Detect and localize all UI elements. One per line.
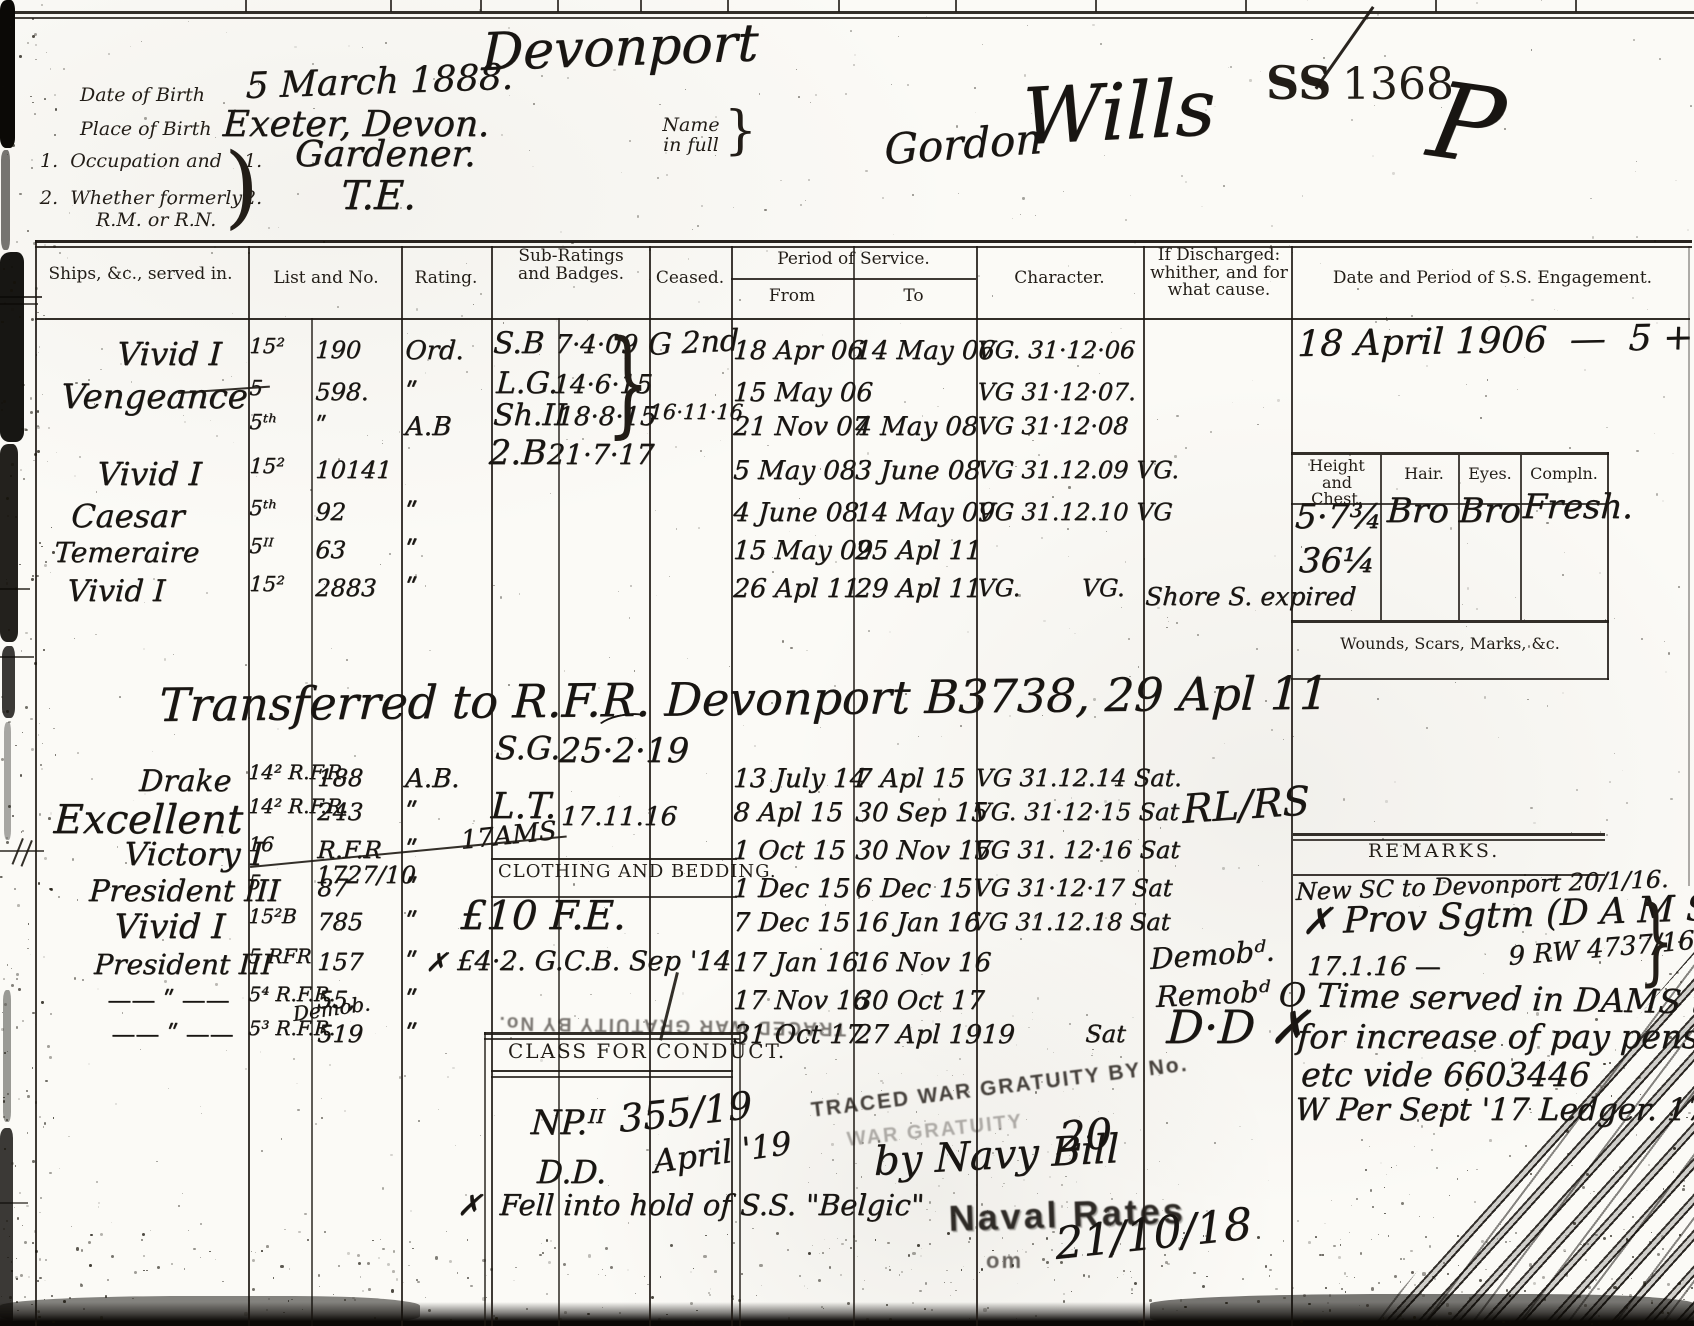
rule-line xyxy=(491,1076,733,1078)
desc-header-hair: Hair. xyxy=(1392,466,1456,483)
b1-r3-character: VG 31·12·08 xyxy=(977,414,1129,439)
rule-line xyxy=(1607,452,1609,680)
name-label: Name in full xyxy=(660,116,722,156)
rule-line xyxy=(484,1038,740,1040)
b2-r4-to: 6 Dec 15 xyxy=(855,876,973,903)
b1-r5-ship: Caesar xyxy=(70,500,185,533)
field-value-formerly: T.E. xyxy=(340,176,418,218)
b2-r5-ship: Vivid I xyxy=(113,910,226,945)
field-label-formerly-2: R.M. or R.N. xyxy=(96,211,216,231)
rule-line xyxy=(1435,0,1437,12)
col-header-from: From xyxy=(733,288,851,306)
rule-line xyxy=(727,0,729,12)
b2-r8-from: 31 Oct 17 xyxy=(733,1022,863,1049)
b1-r5-no: 92 xyxy=(315,500,347,525)
ceased-value-date: 16·11·16 xyxy=(649,402,744,424)
b2-r2-rating: ʺ xyxy=(405,800,418,827)
b2-r3-ship: Victory I xyxy=(123,838,264,871)
rule-line xyxy=(35,240,37,1326)
b1-r7-to: 29 Apl 11 xyxy=(855,576,983,603)
b1-r4-from: 5 May 08 xyxy=(733,458,857,485)
col-header-sub-ratings: Sub-Ratings and Badges. xyxy=(505,248,637,283)
b2-r6-rating: ʺ ✗ xyxy=(405,950,448,977)
rule-line xyxy=(649,246,651,1326)
desc-header-compln: Compln. xyxy=(1522,466,1606,483)
rule-line xyxy=(35,318,1690,320)
rule-line xyxy=(245,0,247,12)
b1-r3-rating: A.B xyxy=(405,414,453,441)
badge6-date: 17.11.16 xyxy=(561,804,678,831)
scanned-service-record: DevonportDate of Birth5 March 1888.Place… xyxy=(0,0,1694,1326)
b1-r3-list: 5ᵗʰ xyxy=(249,412,278,434)
b1-r6-rating: ʺ xyxy=(405,538,418,565)
transfer-note: Transferred to R.F.R. Devonport B3738, 2… xyxy=(158,670,1330,730)
rule-line xyxy=(1143,246,1145,1326)
col-header-rating: Rating. xyxy=(403,270,489,288)
rule-line xyxy=(739,1032,741,1326)
badge5-date: 25·2·19 xyxy=(558,734,690,769)
port-title: Devonport xyxy=(481,16,759,80)
b2-r7-from: 17 Nov 16 xyxy=(733,988,870,1015)
stamp-traced-war-gratuity: TRACED WAR GRATUITY BY No. xyxy=(810,1054,1190,1122)
clothing-value-1: £10 F.E. xyxy=(460,896,627,938)
b2-r7-ship: —— ʺ —— xyxy=(107,988,231,1013)
b1-r6-to: 25 Apl 11 xyxy=(855,538,983,565)
conduct-dd: D.D. xyxy=(536,1156,607,1189)
field-label-formerly: 2. Whether formerly xyxy=(40,189,242,209)
col-header-to: To xyxy=(853,288,974,306)
rule-line xyxy=(853,246,855,1326)
b2-r5-from: 7 Dec 15 xyxy=(733,910,851,937)
b1-r6-no: 63 xyxy=(315,538,347,563)
b1-r7-rating: ʺ xyxy=(405,576,418,603)
rule-line xyxy=(390,0,392,12)
col-header-discharged: If Discharged: whither, and for what cau… xyxy=(1150,247,1288,300)
rule-line xyxy=(976,246,978,1326)
b2-r7-to: 30 Oct 17 xyxy=(855,988,985,1015)
b1-r5-list: 5ᵗʰ xyxy=(249,498,278,520)
desc-value-complexion: Fresh. xyxy=(1522,490,1634,525)
b2-r3-to: 30 Nov 15 xyxy=(855,838,992,865)
b2-r6-list: 5 RFR xyxy=(248,946,312,967)
scan-ink-mark xyxy=(0,0,15,148)
rule-line xyxy=(1575,0,1577,12)
b1-r3-no: ʺ xyxy=(315,414,327,439)
b1-r4-character: VG 31.12.09 VG. xyxy=(977,458,1180,483)
remarks-line-6: for increase of pay pension xyxy=(1296,1020,1694,1054)
rule-line xyxy=(1293,833,1605,836)
remarks-line-8: W Per Sept '17 Ledger. 17 xyxy=(1294,1094,1694,1126)
badge7-name: 17AMS xyxy=(460,818,557,855)
b1-r2-character: VG 31·12·07. xyxy=(977,380,1137,405)
engagement-value: 18 April 1906 — 5 + 7 yrs. xyxy=(1297,317,1694,363)
remarks-title: REMARKS. xyxy=(1368,842,1500,862)
b1-r4-to: 3 June 08 xyxy=(855,458,982,485)
col-header-ships: Ships, &c., served in. xyxy=(48,266,233,284)
b2-r1-rating: A.B. xyxy=(405,766,461,793)
rule-line xyxy=(484,1032,740,1035)
b2-r5-list: 15²B xyxy=(248,906,297,927)
rule-line xyxy=(1293,874,1605,876)
b1-r3-to: 4 May 08 xyxy=(855,414,979,441)
remarks-brace: } xyxy=(1638,892,1674,991)
col-header-character: Character. xyxy=(978,270,1141,288)
b2-r6-from: 17 Jan 16 xyxy=(733,950,860,977)
col-header-ceased: Ceased. xyxy=(650,270,730,288)
conduct-np: NP.ᴵᴵ xyxy=(530,1106,605,1141)
b1-r7-ship: Vivid I xyxy=(66,576,166,607)
col-header-list-no: List and No. xyxy=(258,270,394,288)
note-by-navy-bill: by Navy Bill xyxy=(874,1129,1119,1183)
b1-r5-rating: ʺ xyxy=(405,500,418,527)
rule-line xyxy=(1291,620,1609,623)
b1-r5-from: 4 June 08 xyxy=(733,500,860,527)
b2-r6-no: 157 xyxy=(317,950,364,975)
b1-r7-from: 26 Apl 11 xyxy=(733,576,861,603)
b1-r2-list: 5 xyxy=(249,378,264,400)
rule-line xyxy=(0,17,1694,19)
b2-r3-from: 1 Oct 15 xyxy=(733,838,847,865)
rule-line xyxy=(491,246,493,1326)
badge4-name: 2.B xyxy=(488,436,547,471)
rule-line xyxy=(35,246,1692,248)
rule-line xyxy=(484,1032,486,1326)
desc-header-eyes: Eyes. xyxy=(1462,466,1518,483)
serial-ss: SS xyxy=(1266,60,1331,108)
clothing-value-2: £4·2. G.C.B. Sep '14 xyxy=(457,948,732,976)
b2-r1-to: 7 Apl 15 xyxy=(855,766,966,793)
rule-line xyxy=(21,840,33,867)
b1-r2-no: 598. xyxy=(315,380,370,405)
wounds-title: Wounds, Scars, Marks, &c. xyxy=(1300,636,1600,653)
b1-r7-no: 2883 xyxy=(315,576,377,601)
field-value-occupation: Gardener. xyxy=(294,136,477,173)
scan-ink-mark xyxy=(2,646,15,718)
b1-r4-ship: Vivid I xyxy=(96,458,202,491)
fields-brace: ) xyxy=(224,140,259,234)
rule-line xyxy=(1688,246,1690,886)
desc-value-hair: Bro xyxy=(1386,494,1450,529)
rule-line xyxy=(0,850,44,852)
rule-line xyxy=(1291,246,1293,1326)
scan-ink-mark xyxy=(0,252,24,442)
b2-r6-to: 16 Nov 16 xyxy=(855,950,992,977)
b2-r2-character: VG. 31·12·15 Sat xyxy=(973,800,1180,825)
field-label-place-of-birth: Place of Birth xyxy=(80,120,212,140)
b2-r4-rating: ʺ xyxy=(405,876,418,903)
conduct-note: ✗ Fell into hold of S.S. "Belgic" xyxy=(456,1190,925,1220)
name-brace: } xyxy=(724,104,757,158)
b2-r1-ship: Drake xyxy=(138,766,232,797)
desc-value-height: 5·7¾ xyxy=(1294,500,1383,535)
b2-r5-character: VG 31.12.18 Sat xyxy=(971,910,1171,935)
b2-r1-from: 13 July 14 xyxy=(733,766,867,793)
col-header-engagement: Date and Period of S.S. Engagement. xyxy=(1295,270,1690,288)
rule-line xyxy=(640,0,642,12)
rule-line xyxy=(1380,455,1382,620)
b2-r8-to: 27 Apl 1919 xyxy=(855,1022,1016,1049)
rule-line xyxy=(1291,452,1609,455)
rule-line xyxy=(491,1070,733,1072)
rule-line xyxy=(0,11,1694,14)
b2-r2-no: 243 xyxy=(317,800,364,825)
rule-line xyxy=(401,246,403,1326)
stamp-naval-rates-frag: om xyxy=(986,1250,1023,1273)
b1-r2-ship: Vengeance xyxy=(60,380,249,415)
b1-r1-no: 190 xyxy=(315,338,362,363)
b2-r7-rating: ʺ xyxy=(405,988,418,1015)
b2-r6-ship: President III xyxy=(93,950,273,979)
ceased-value-top: G 2nd xyxy=(648,325,739,361)
scan-ink-mark xyxy=(0,444,18,642)
rule-line xyxy=(491,858,737,860)
discharge-demob: Demobᵈ. xyxy=(1150,935,1275,974)
scan-ink-mark xyxy=(4,722,11,840)
b2-r5-rating: ʺ xyxy=(405,910,418,937)
b1-r1-to: 14 May 06 xyxy=(855,338,996,365)
badge1-name: S.B xyxy=(492,328,545,359)
b2-r1-no: 188 xyxy=(317,766,364,791)
rule-line xyxy=(1291,503,1609,505)
b2-r2-to: 30 Sep 15 xyxy=(855,800,989,827)
field-label-occupation: 1. Occupation and xyxy=(40,152,222,172)
b1-r1-ship: Vivid I xyxy=(116,338,222,371)
rule-line xyxy=(1245,0,1247,12)
b1-r5-to: 14 May 09 xyxy=(855,500,996,527)
rule-line xyxy=(1458,455,1460,620)
rule-line xyxy=(1520,455,1522,620)
b1-r6-list: 5ᴵᴵ xyxy=(249,536,274,558)
name-value-first: Gordon xyxy=(884,117,1043,172)
rule-line xyxy=(1095,0,1097,12)
b1-r1-from: 18 Apr 06 xyxy=(733,338,865,365)
b2-r3-list: 16 xyxy=(248,834,275,855)
rule-line xyxy=(557,0,559,12)
rule-line xyxy=(955,0,957,12)
b2-r8-character: Sat xyxy=(1085,1022,1127,1047)
b1-r7-character: VG. VG. xyxy=(977,576,1126,601)
desc-value-eyes: Bro xyxy=(1458,494,1522,529)
b2-r2-from: 8 Apl 15 xyxy=(733,800,844,827)
remarks-line-5: O Time served in DAMS to count xyxy=(1278,978,1694,1022)
rule-line xyxy=(838,0,840,12)
b2-r4-from: 1 Dec 15 xyxy=(733,876,851,903)
rule-line xyxy=(731,246,733,1326)
rule-line xyxy=(1291,678,1609,680)
b2-r8-ship: —— ʺ —— xyxy=(111,1022,235,1047)
field-value-date-of-birth: 5 March 1888. xyxy=(245,59,513,106)
b2-r1-character: VG 31.12.14 Sat. xyxy=(975,766,1183,791)
b1-r6-ship: Temeraire xyxy=(53,538,200,567)
b1-r1-rating: Ord. xyxy=(405,338,465,365)
b1-r1-list: 15² xyxy=(249,336,285,358)
rule-line xyxy=(1293,839,1605,841)
rule-line xyxy=(558,318,560,1326)
b1-r4-list: 15² xyxy=(249,456,285,478)
badge2-name: L.G. xyxy=(495,368,559,399)
remarks-line-7: etc vide 6603446 xyxy=(1300,1058,1591,1092)
rule-line xyxy=(248,246,250,1326)
b2-r3-character: VG 31. 12·16 Sat xyxy=(973,838,1181,863)
b1-r1-character: VG. 31·12·06 xyxy=(977,338,1136,363)
b2-r5-no: 785 xyxy=(317,910,364,935)
field-label-date-of-birth: Date of Birth xyxy=(80,86,205,106)
ceased-brace: } xyxy=(606,324,650,444)
b1-r3-from: 21 Nov 07 xyxy=(733,414,870,441)
b1-r7-list: 15² xyxy=(249,574,285,596)
rule-line xyxy=(311,318,313,1326)
b2-r8-no: 519 xyxy=(317,1022,364,1047)
b1-r4-no: 10141 xyxy=(315,458,393,483)
scan-ink-mark xyxy=(1,150,10,250)
rule-line xyxy=(35,240,1692,243)
b2-r7-no: 55, xyxy=(317,988,356,1013)
b1-r2-rating: ʺ xyxy=(405,380,418,407)
b2-r4-no: 87 xyxy=(317,876,349,901)
badge5-name: S.G. xyxy=(494,732,561,765)
b2-r8-rating: ʺ xyxy=(405,1022,418,1049)
b1-r7-discharge: Shore S. expired xyxy=(1145,584,1357,610)
rule-line xyxy=(491,896,737,898)
desc-value-chest: 36¼ xyxy=(1298,544,1376,579)
